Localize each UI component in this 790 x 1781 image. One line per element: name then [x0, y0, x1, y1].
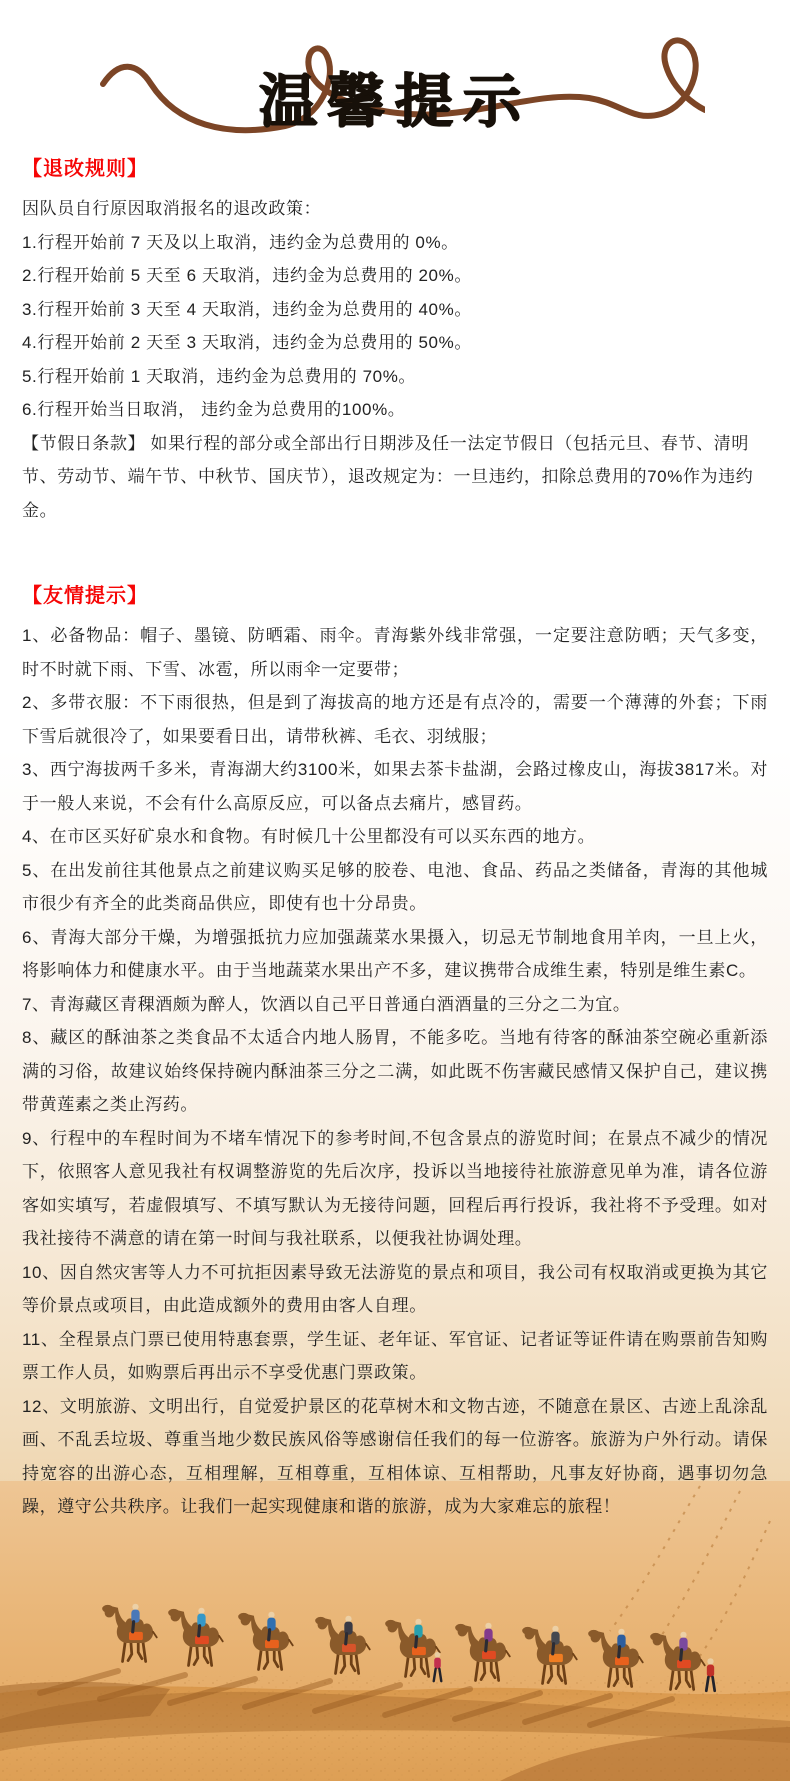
refund-rule-item: 3.行程开始前 3 天至 4 天取消，违约金为总费用的 40%。: [22, 293, 768, 327]
tip-item: 4、在市区买好矿泉水和食物。有时候几十公里都没有可以买东西的地方。: [22, 820, 768, 854]
refund-rules-heading: 【退改规则】: [22, 152, 768, 186]
page-root: 温馨提示 【退改规则】 因队员自行原因取消报名的退改政策： 1.行程开始前 7 …: [0, 0, 790, 1781]
document-content: 温馨提示 【退改规则】 因队员自行原因取消报名的退改政策： 1.行程开始前 7 …: [0, 0, 790, 1524]
refund-rule-item: 2.行程开始前 5 天至 6 天取消，违约金为总费用的 20%。: [22, 259, 768, 293]
tip-item: 5、在出发前往其他景点之前建议购买足够的胶卷、电池、食品、药品之类储备，青海的其…: [22, 854, 768, 921]
refund-rule-item: 1.行程开始前 7 天及以上取消，违约金为总费用的 0%。: [22, 226, 768, 260]
tip-item: 3、西宁海拔两千多米，青海湖大约3100米，如果去茶卡盐湖，会路过橡皮山，海拔3…: [22, 753, 768, 820]
refund-rule-item: 6.行程开始当日取消， 违约金为总费用的100%。: [22, 393, 768, 427]
desert-camel-caravan-photo: [0, 1481, 790, 1781]
tip-item: 11、全程景点门票已使用特惠套票，学生证、老年证、军官证、记者证等证件请在购票前…: [22, 1323, 768, 1390]
refund-rule-item: 5.行程开始前 1 天取消，违约金为总费用的 70%。: [22, 360, 768, 394]
tip-item: 6、青海大部分干燥，为增强抵抗力应加强蔬菜水果摄入，切忌无节制地食用羊肉，一旦上…: [22, 921, 768, 988]
tip-item: 7、青海藏区青稞酒颇为醉人，饮酒以自己平日普通白酒酒量的三分之二为宜。: [22, 988, 768, 1022]
tip-item: 8、藏区的酥油茶之类食品不太适合内地人肠胃，不能多吃。当地有待客的酥油茶空碗必重…: [22, 1021, 768, 1122]
holiday-clause: 【节假日条款】 如果行程的部分或全部出行日期涉及任一法定节假日（包括元旦、春节、…: [22, 427, 768, 528]
friendly-tips-heading: 【友情提示】: [22, 579, 768, 613]
section-friendly-tips: 【友情提示】 1、必备物品：帽子、墨镜、防晒霜、雨伞。青海紫外线非常强，一定要注…: [22, 579, 768, 1524]
tip-item: 9、行程中的车程时间为不堵车情况下的参考时间,不包含景点的游览时间；在景点不减少…: [22, 1122, 768, 1256]
tip-item: 12、文明旅游、文明出行，自觉爱护景区的花草树木和文物古迹，不随意在景区、古迹上…: [22, 1390, 768, 1524]
tip-item: 2、多带衣服：不下雨很热，但是到了海拔高的地方还是有点冷的，需要一个薄薄的外套；…: [22, 686, 768, 753]
tip-item: 1、必备物品：帽子、墨镜、防晒霜、雨伞。青海紫外线非常强，一定要注意防晒；天气多…: [22, 619, 768, 686]
refund-rule-item: 4.行程开始前 2 天至 3 天取消，违约金为总费用的 50%。: [22, 326, 768, 360]
title-block: 温馨提示: [22, 26, 768, 144]
page-title: 温馨提示: [22, 26, 768, 138]
section-refund-rules: 【退改规则】 因队员自行原因取消报名的退改政策： 1.行程开始前 7 天及以上取…: [22, 152, 768, 527]
tip-item: 10、因自然灾害等人力不可抗拒因素导致无法游览的景点和项目，我公司有权取消或更换…: [22, 1256, 768, 1323]
refund-intro: 因队员自行原因取消报名的退改政策：: [22, 192, 768, 226]
